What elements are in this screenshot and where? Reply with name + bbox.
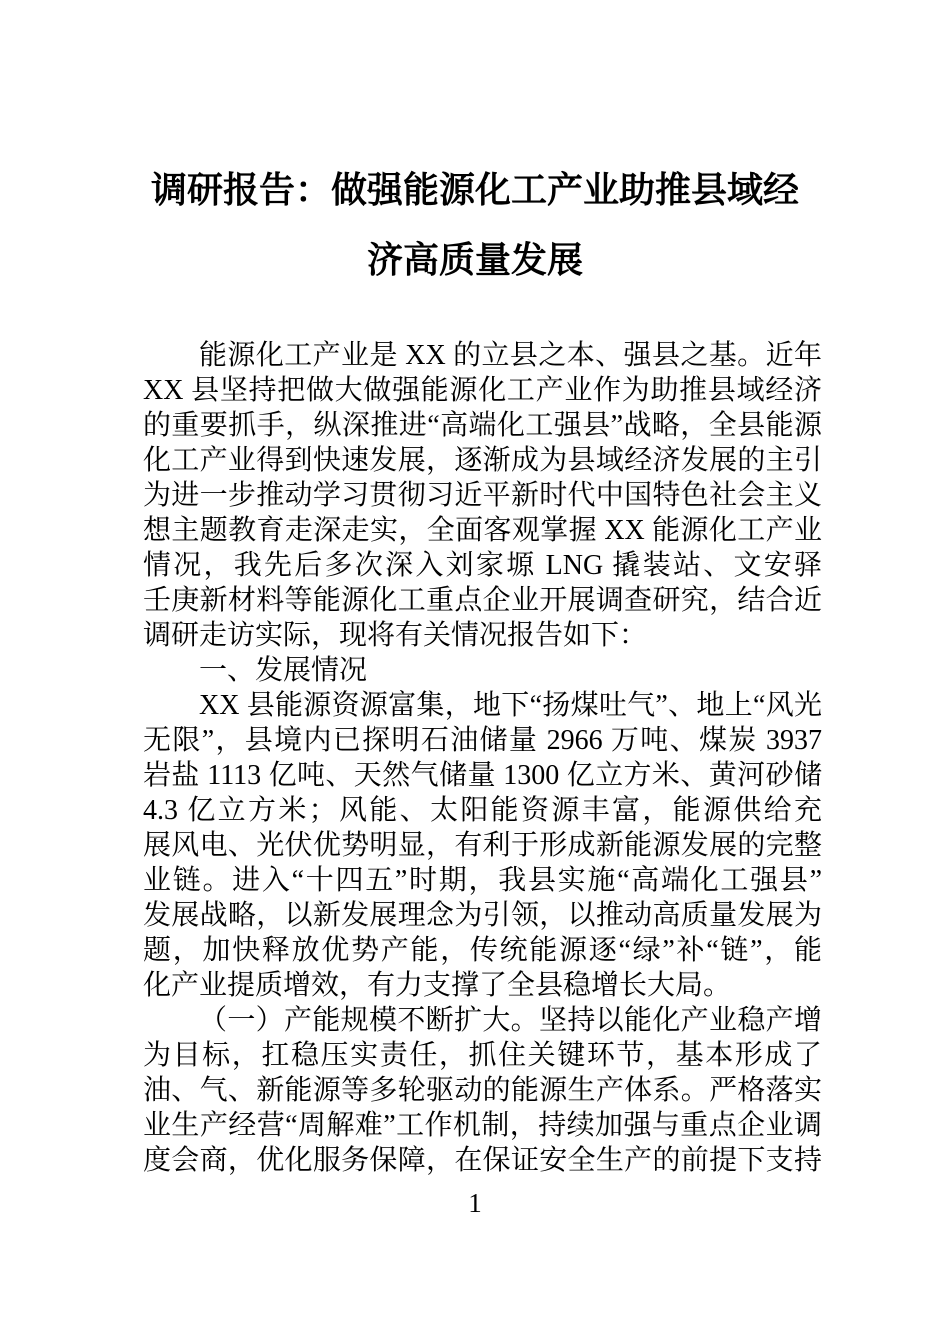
page-number: 1 (0, 1186, 950, 1220)
document-title-line-1: 调研报告：做强能源化工产业助推县域经 (0, 168, 950, 212)
body-line: 4.3 亿立方米；风能、太阳能资源丰富，能源供给充足，发 (143, 793, 822, 828)
body-line: 度会商，优化服务保障，在保证安全生产的前提下支持油 (143, 1143, 822, 1178)
section-heading: 一、发展情况 (143, 653, 822, 688)
body-line: 无限”，县境内已探明石油储量 2966 万吨、煤炭 3937 万吨、 (143, 723, 822, 758)
body-line: 岩盐 1113 亿吨、天然气储量 1300 亿立方米、黄河砂储量 (143, 758, 822, 793)
body-line: 发展战略，以新发展理念为引领，以推动高质量发展为主 (143, 898, 822, 933)
body-line: 油、气、新能源等多轮驱动的能源生产体系。严格落实企 (143, 1073, 822, 1108)
body-line: 业链。进入“十四五”时期，我县实施“高端化工强县” (143, 863, 822, 898)
document-page: 调研报告：做强能源化工产业助推县域经 济高质量发展 能源化工产业是 XX 的立县… (0, 0, 950, 1344)
body-line: XX 县坚持把做大做强能源化工产业作为助推县域经济发展 (143, 373, 822, 408)
body-line: 壬庚新材料等能源化工重点企业开展调查研究，结合近期 (143, 583, 822, 618)
body-line: 为目标，扛稳压实责任，抓住关键环节，基本形成了煤、 (143, 1038, 822, 1073)
body-line: 为进一步推动学习贯彻习近平新时代中国特色社会主义思 (143, 478, 822, 513)
body-line: 化产业提质增效，有力支撑了全县稳增长大局。 (143, 968, 822, 1003)
body-line: 调研走访实际，现将有关情况报告如下： (143, 618, 822, 653)
body-line: 业生产经营“周解难”工作机制，持续加强与重点企业调 (143, 1108, 822, 1143)
body-line: （一）产能规模不断扩大。坚持以能化产业稳产增产 (143, 1003, 822, 1038)
body-line: 题，加快释放优势产能，传统能源逐“绿”补“链”，能 (143, 933, 822, 968)
document-body: 能源化工产业是 XX 的立县之本、强县之基。近年来， XX 县坚持把做大做强能源… (143, 338, 822, 1178)
body-line: 能源化工产业是 XX 的立县之本、强县之基。近年来， (143, 338, 822, 373)
body-line: 想主题教育走深走实，全面客观掌握 XX 能源化工产业发展 (143, 513, 822, 548)
body-line: 化工产业得到快速发展，逐渐成为县域经济发展的主引擎 (143, 443, 822, 478)
body-line: 情况，我先后多次深入刘家塬 LNG 撬装站、文安驿 LNG 站、 (143, 548, 822, 583)
body-line: XX 县能源资源富集，地下“扬煤吐气”、地上“风光 (143, 688, 822, 723)
body-line: 的重要抓手，纵深推进“高端化工强县”战略，全县能源 (143, 408, 822, 443)
document-title-line-2: 济高质量发展 (0, 238, 950, 282)
body-line: 展风电、光伏优势明显，有利于形成新能源发展的完整产 (143, 828, 822, 863)
